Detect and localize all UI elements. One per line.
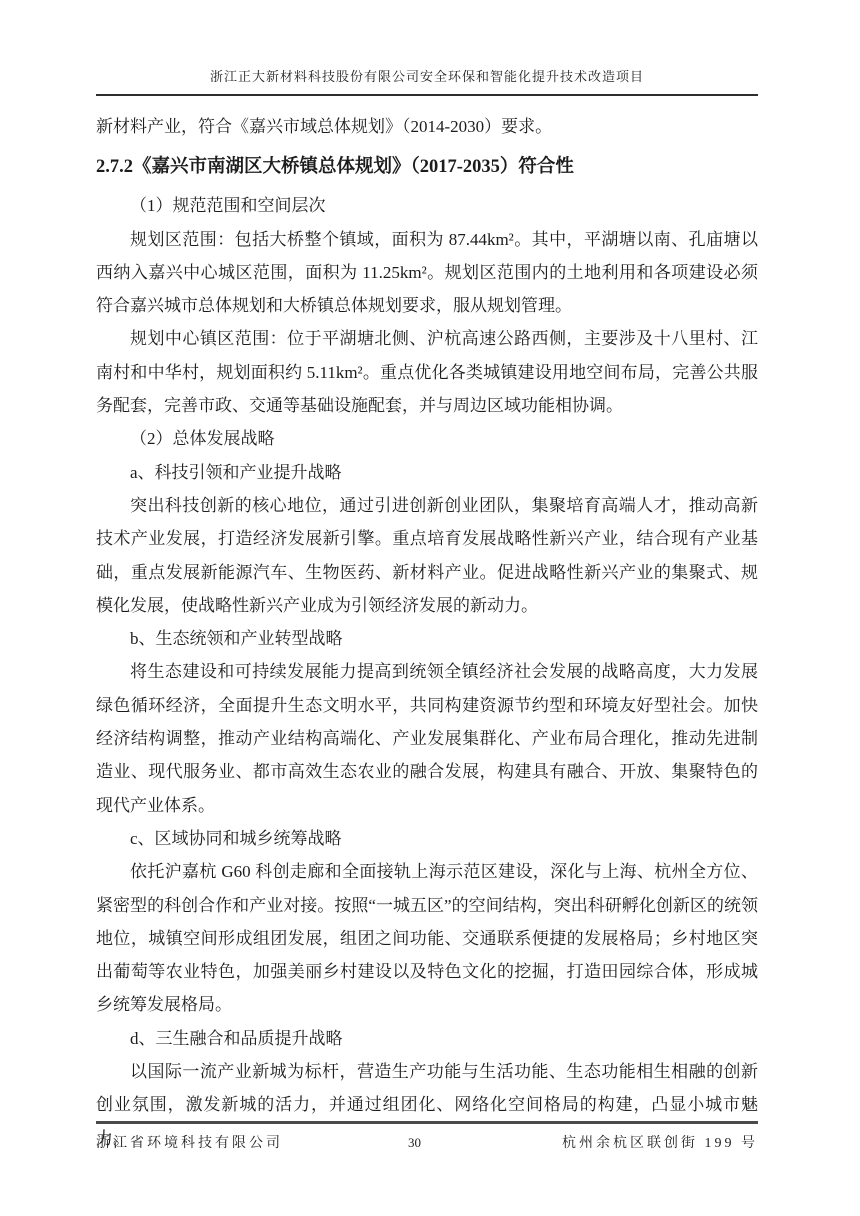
page-number: 30: [408, 1135, 421, 1151]
paragraph: d、三生融合和品质提升战略: [96, 1022, 758, 1055]
header-rule: [96, 94, 758, 96]
paragraph: 规划区范围：包括大桥整个镇域，面积为 87.44km²。其中，平湖塘以南、孔庙塘…: [96, 223, 758, 323]
footer-rule: [96, 1121, 758, 1124]
paragraph: （2）总体发展战略: [96, 422, 758, 455]
footer-company: 浙江省环境科技有限公司: [96, 1132, 283, 1152]
document-body: 新材料产业，符合《嘉兴市域总体规划》（2014-2030）要求。2.7.2《嘉兴…: [96, 110, 758, 1155]
paragraph: 依托沪嘉杭 G60 科创走廊和全面接轨上海示范区建设，深化与上海、杭州全方位、紧…: [96, 855, 758, 1021]
paragraph: 规划中心镇区范围：位于平湖塘北侧、沪杭高速公路西侧，主要涉及十八里村、江南村和中…: [96, 322, 758, 422]
paragraph: 突出科技创新的核心地位，通过引进创新创业团队，集聚培育高端人才，推动高新技术产业…: [96, 489, 758, 622]
page-footer: 浙江省环境科技有限公司 30 杭州余杭区联创街 199 号: [96, 1121, 758, 1152]
paragraph: （1）规范范围和空间层次: [96, 189, 758, 222]
running-header-title: 浙江正大新材料科技股份有限公司安全环保和智能化提升技术改造项目: [96, 66, 758, 85]
footer-address: 杭州余杭区联创街 199 号: [562, 1132, 758, 1152]
paragraph: a、科技引领和产业提升战略: [96, 456, 758, 489]
footer-row: 浙江省环境科技有限公司 30 杭州余杭区联创街 199 号: [96, 1132, 758, 1152]
paragraph: b、生态统领和产业转型战略: [96, 622, 758, 655]
page-header: 浙江正大新材料科技股份有限公司安全环保和智能化提升技术改造项目: [96, 0, 758, 96]
paragraph: 新材料产业，符合《嘉兴市域总体规划》（2014-2030）要求。: [96, 110, 758, 143]
document-page: 浙江正大新材料科技股份有限公司安全环保和智能化提升技术改造项目 新材料产业，符合…: [0, 0, 860, 1216]
paragraph: 将生态建设和可持续发展能力提高到统领全镇经济社会发展的战略高度，大力发展绿色循环…: [96, 655, 758, 821]
section-heading: 2.7.2《嘉兴市南湖区大桥镇总体规划》（2017-2035）符合性: [96, 151, 758, 183]
paragraph: c、区域协同和城乡统筹战略: [96, 822, 758, 855]
